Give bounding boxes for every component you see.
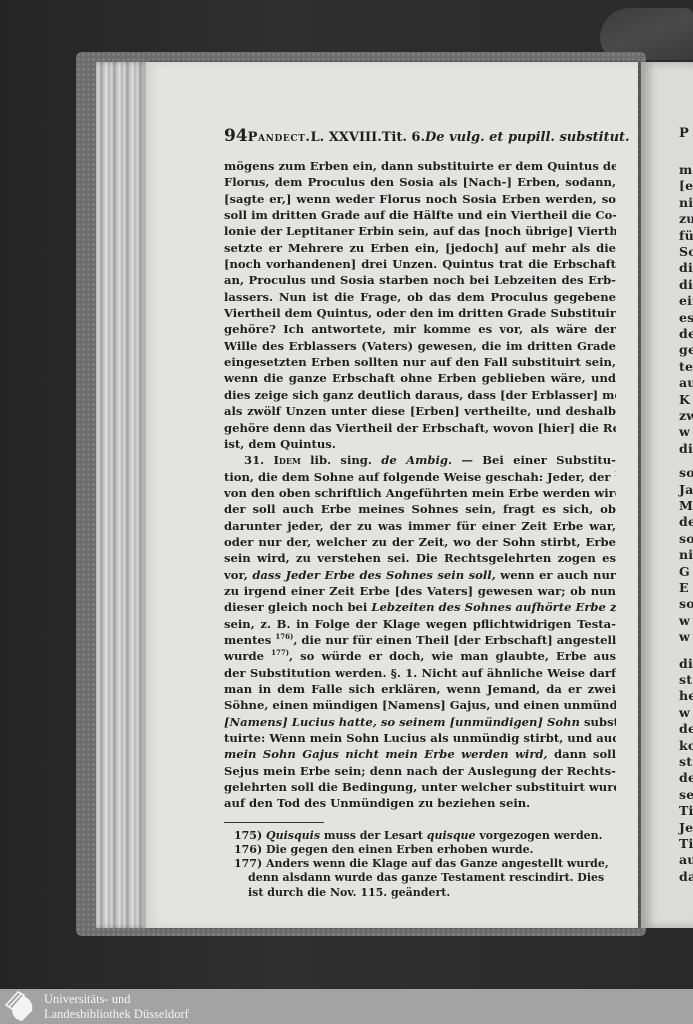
running-head-book: L. XXVIII.: [311, 130, 382, 145]
text-line: Florus, dem Proculus den Sosia als [Nach…: [224, 174, 616, 190]
facing-page-fragment: da: [679, 869, 693, 884]
facing-page-fragment: nic: [679, 195, 693, 210]
text-line: lonie der Leptitaner Erbin sein, auf das…: [224, 223, 616, 239]
text-line: Viertheil dem Quintus, oder den im dritt…: [224, 305, 616, 321]
facing-page-fragment: Ti: [679, 836, 693, 851]
text-line: gehöre? Ich antwortete, mir komme es vor…: [224, 321, 616, 337]
text-line: eingesetzten Erben sollten nur auf den F…: [224, 354, 616, 370]
text-line: mentes 176), die nur für einen Theil [de…: [224, 632, 616, 648]
page-block-edges: [96, 62, 148, 928]
text-fragment-italic: dass Jeder Erbe des Sohnes sein soll,: [252, 568, 495, 582]
text-line: [noch vorhandenen] drei Unzen. Quintus t…: [224, 256, 616, 272]
text-line: Wille des Erblassers (Vaters) gewesen, d…: [224, 338, 616, 354]
text-line: lassers. Nun ist die Frage, ob das dem P…: [224, 289, 616, 305]
facing-page-fragment: me: [679, 162, 693, 177]
text-fragment: tion, die dem Sohne auf folgende Weise g…: [224, 470, 610, 484]
footnote-number: 177): [234, 857, 262, 870]
facing-page-fragment: so: [679, 531, 693, 546]
facing-page-fragment: w: [679, 424, 690, 439]
facing-page-fragment: he: [679, 688, 693, 703]
text-fragment-italic: Lebzeiten des Sohnes aufhörte Erbe zu: [371, 600, 616, 614]
text-line: an, Proculus und Sosia starben noch bei …: [224, 272, 616, 288]
footnote-italic: Quisquis: [266, 829, 320, 842]
text-fragment: wurde: [224, 649, 264, 663]
running-head-series: Pandect.: [248, 130, 311, 145]
text-line: von den oben schriftlich Angeführten mei…: [224, 485, 616, 501]
text-line: wenn die ganze Erbschaft ohne Erben gebl…: [224, 370, 616, 386]
facing-page-fragment: de: [679, 514, 693, 529]
facing-page-fragment: st: [679, 754, 692, 769]
facing-page-fragment: es.: [679, 310, 693, 325]
library-name-line1: Universitäts- und: [44, 992, 189, 1007]
footnote-italic: quisque: [427, 829, 476, 842]
text-line: ist, dem Quintus.: [224, 436, 616, 452]
text-line: wurde 177), so würde er doch, wie man gl…: [224, 648, 616, 664]
facing-page-fragment: so: [679, 465, 693, 480]
facing-page-fragment: E: [679, 580, 689, 595]
text-fragment: dann soll: [554, 747, 616, 761]
page-number: 94: [224, 126, 248, 146]
section-31-heading-line: 31. Idem lib. sing. de Ambig. — Bei eine…: [224, 452, 616, 468]
footnote-175: 175) Quisquis muss der Lesart quisque vo…: [234, 829, 616, 843]
facing-page-fragment: ein: [679, 293, 693, 308]
facing-page-fragment: se: [679, 787, 693, 802]
footnote-177-continued: ist durch die Nov. 115. geändert.: [234, 886, 616, 900]
text-line: setzte er Mehrere zu Erben ein, [jedoch]…: [224, 240, 616, 256]
text-fragment: , die nur für einen Theil [der Erbschaft…: [293, 633, 616, 647]
footnote-177-continued: denn alsdann wurde das ganze Testament r…: [234, 871, 616, 885]
text-fragment: mentes: [224, 633, 271, 647]
footnote-ref-176[interactable]: 176): [275, 632, 293, 641]
facing-page-fragment: füg: [679, 228, 693, 243]
book-logo-icon: [2, 989, 38, 1024]
library-footer-bar: Universitäts- und Landesbibliothek Düsse…: [0, 989, 693, 1024]
text-line: oder nur der, welcher zu der Zeit, wo de…: [224, 534, 616, 550]
text-line: gehöre denn das Viertheil der Erbschaft,…: [224, 420, 616, 436]
facing-page-fragment: G: [679, 564, 690, 579]
text-line: der soll auch Erbe meines Sohnes sein, f…: [224, 501, 616, 517]
facing-page-fragment: au: [679, 375, 693, 390]
text-line: vor, dass Jeder Erbe des Sohnes sein sol…: [224, 567, 616, 583]
text-line: soll im dritten Grade auf die Hälfte und…: [224, 207, 616, 223]
text-line: dies zeige sich ganz deutlich daraus, da…: [224, 387, 616, 403]
section-dash: —: [461, 453, 473, 467]
library-name-line2: Landesbibliothek Düsseldorf: [44, 1007, 189, 1022]
facing-page-fragment: di: [679, 441, 693, 456]
facing-page-fragment: Ti: [679, 803, 693, 818]
footnote-number: 176): [234, 843, 262, 856]
footnotes: 175) Quisquis muss der Lesart quisque vo…: [224, 829, 616, 900]
facing-page-fragment: die: [679, 260, 693, 275]
library-name: Universitäts- und Landesbibliothek Düsse…: [44, 992, 189, 1022]
text-fragment-italic: [Namens] Lucius hatte, so seinem [unmünd…: [224, 715, 580, 729]
facing-page-fragment: zw: [679, 408, 693, 423]
facing-page-fragment: ter: [679, 359, 693, 374]
text-fragment: wenn er auch nur: [500, 568, 616, 582]
running-head: 94 Pandect. L. XXVIII. Tit. 6. De vulg. …: [224, 126, 616, 146]
text-line: dieser gleich noch bei Lebzeiten des Soh…: [224, 599, 616, 615]
facing-page-fragment: Ja: [679, 482, 693, 497]
facing-page-fragment: de: [679, 326, 693, 341]
footnote-ref-177[interactable]: 177): [271, 648, 289, 657]
section-author: Idem: [274, 453, 301, 467]
facing-page-fragment: ko: [679, 738, 693, 753]
footnote-text: vorgezogen werden.: [476, 829, 603, 842]
facing-page-fragment: die: [679, 277, 693, 292]
facing-page-fragment: dig: [679, 656, 693, 671]
text-fragment: vor,: [224, 568, 248, 582]
text-line: Söhne, einen mündigen [Namens] Gajus, un…: [224, 697, 616, 713]
text-line: Sejus mein Erbe sein; denn nach der Ausl…: [224, 763, 616, 779]
section-source-title: de Ambig.: [381, 453, 452, 467]
text-line: [sagte er,] wenn weder Florus noch Sosia…: [224, 191, 616, 207]
footnote-177: 177) Anders wenn die Klage auf das Ganze…: [234, 857, 616, 871]
text-line: mein Sohn Gajus nicht mein Erbe werden w…: [224, 746, 616, 762]
running-head-subject: De vulg. et pupill. substitut.: [425, 130, 630, 145]
facing-page-fragment: nie: [679, 547, 693, 562]
text-line: darunter jeder, der zu was immer für ein…: [224, 518, 616, 534]
text-fragment: dieser gleich noch bei: [224, 600, 367, 614]
facing-page-fragment: au: [679, 852, 693, 867]
text-line: [Namens] Lucius hatte, so seinem [unmünd…: [224, 714, 616, 730]
footnote-text: Anders wenn die Klage auf das Ganze ange…: [266, 857, 609, 870]
text-line: man in dem Falle sich erklären, wenn Jem…: [224, 681, 616, 697]
footnote-176: 176) Die gegen den einen Erben erhoben w…: [234, 843, 616, 857]
facing-page-fragment: zu: [679, 211, 693, 226]
facing-page: Pme[einiczufügSodiedieeines.degeterauKzw…: [641, 62, 693, 928]
text-line: sein wird, zu verstehen sei. Die Rechtsg…: [224, 550, 616, 566]
facing-page-fragment: so: [679, 596, 693, 611]
facing-page-fragment: w: [679, 705, 690, 720]
facing-page-fragment: P: [679, 126, 689, 141]
facing-page-fragment: w: [679, 629, 690, 644]
facing-page-fragment: M: [679, 498, 693, 513]
text-line: zu irgend einer Zeit Erbe [des Vaters] g…: [224, 583, 616, 599]
text-fragment: Bei einer Substitu-: [482, 453, 616, 467]
text-line: tuirte: Wenn mein Sohn Lucius als unmünd…: [224, 730, 616, 746]
facing-page-fragment: K: [679, 392, 690, 407]
text-fragment: , so würde er doch, wie man glaubte, Erb…: [289, 649, 616, 663]
text-line: der Substitution werden. §. 1. Nicht auf…: [224, 665, 616, 681]
text-line: mögens zum Erben ein, dann substituirte …: [224, 158, 616, 174]
body-text: mögens zum Erben ein, dann substituirte …: [224, 158, 616, 812]
facing-page-fragment: de: [679, 721, 693, 736]
facing-page-fragment: de: [679, 770, 693, 785]
text-line: sein, z. B. in Folge der Klage wegen pfl…: [224, 616, 616, 632]
facing-page-fragment: So: [679, 244, 693, 259]
footnote-rule: [224, 822, 324, 823]
text-fragment-italic: mein Sohn Gajus nicht mein Erbe werden w…: [224, 747, 548, 761]
footnote-text: muss der Lesart: [320, 829, 427, 842]
facing-page-fragment: Je: [679, 820, 693, 835]
section-number: 31.: [244, 453, 264, 467]
text-line: als zwölf Unzen unter diese [Erben] vert…: [224, 403, 616, 419]
page-text-block: 94 Pandect. L. XXVIII. Tit. 6. De vulg. …: [224, 126, 616, 900]
text-line: tion, die dem Sohne auf folgende Weise g…: [224, 469, 616, 485]
footnote-ref-175[interactable]: 175): [614, 469, 616, 478]
text-fragment: substi-: [584, 715, 616, 729]
facing-page-fragment: w: [679, 613, 690, 628]
facing-page-fragment: [ei: [679, 178, 693, 193]
footnote-text: Die gegen den einen Erben erhoben wurde.: [266, 843, 533, 856]
text-line: gelehrten soll die Bedingung, unter welc…: [224, 779, 616, 795]
facing-page-fragment: ge: [679, 342, 693, 357]
footnote-number: 175): [234, 829, 262, 842]
facing-page-fragment: st: [679, 672, 692, 687]
running-head-title: Tit. 6.: [382, 130, 425, 145]
text-line: auf den Tod des Unmündigen zu beziehen s…: [224, 795, 616, 811]
section-source: lib. sing.: [310, 453, 372, 467]
